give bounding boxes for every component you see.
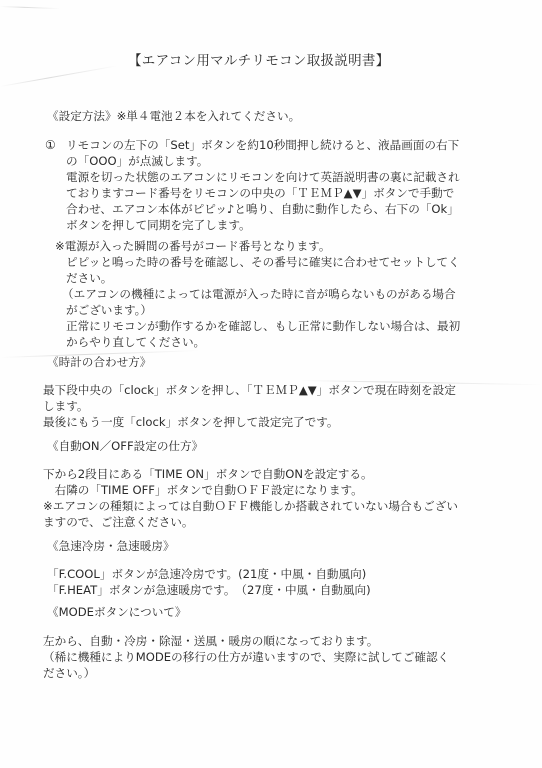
setup-line: リモコンの左下の「Set」ボタンを約10秒間押し続けると、液晶画面の右下 — [66, 137, 459, 153]
setup-note: ピピッと鳴った時の番号を確認し、その番号に確実に合わせてセットしてく — [66, 254, 460, 270]
setup-line: 合わせ、エアコン本体がピピッ♪と鳴り、自動に動作したら、右下の「Ok」 — [66, 201, 459, 217]
step-number: ① — [45, 137, 56, 153]
setup-line: 電源を切った状態のエアコンにリモコンを向けて英語説明書の裏に記載され — [66, 169, 460, 185]
timer-line: 右隣の「TIME OFF」ボタンで自動ＯＦＦ設定になります。 — [43, 482, 363, 498]
scan-streak — [0, 6, 60, 9]
timer-line: 下から2段目にある「TIME ON」ボタンで自動ONを設定する。 — [43, 466, 373, 482]
scan-streak — [0, 65, 118, 87]
mode-line: ださい。） — [43, 665, 95, 681]
setup-note: 正常にリモコンが動作するかを確認し、もし正常に動作しない場合は、最初 — [66, 318, 460, 334]
setup-note: ※電源が入った瞬間の番号がコード番号となります。 — [55, 238, 330, 254]
scanned-page: 【エアコン用マルチリモコン取扱説明書】 《設定方法》※単４電池２本を入れてくださ… — [0, 0, 542, 768]
section-heading-clock: 《時計の合わせ方》 — [47, 354, 151, 370]
timer-line: ますので、ご注意ください。 — [43, 514, 194, 530]
fast-mode-line: 「F.COOL」ボタンが急速冷房です。(21度・中風・自動風向) — [47, 566, 366, 582]
setup-note: （エアコンの機種によっては電源が入った時に音が鳴らないものがある場合 — [62, 286, 456, 302]
setup-note: ださい。 — [66, 270, 112, 286]
mode-line: 左から、自動・冷房・除湿・送風・暖房の順になっております。 — [43, 633, 378, 649]
clock-line: 最後にもう一度「clock」ボタンを押して設定完了です。 — [43, 414, 339, 430]
section-heading-mode: 《MODEボタンについて》 — [47, 604, 187, 620]
setup-line: ボタンを押して同期を完了します。 — [66, 217, 251, 233]
mode-line: （稀に機種によりMODEの移行の仕方が違いますので、実際に試してご確認く — [43, 649, 449, 665]
timer-line: ※エアコンの種類によっては自動ＯＦＦ機能しか搭載されていない場合もござい — [43, 498, 458, 514]
setup-note: からやり直してください。 — [66, 334, 205, 350]
section-heading-fast-mode: 《急速冷房・急速暖房》 — [47, 538, 175, 554]
fast-mode-line: 「F.HEAT」ボタンが急速暖房です。 （27度・中風・自動風向) — [47, 582, 371, 598]
section-heading-setup: 《設定方法》※単４電池２本を入れてください。 — [47, 108, 300, 124]
section-heading-timer: 《自動ON／OFF設定の仕方》 — [47, 438, 203, 454]
setup-line: ておりますコード番号をリモコンの中央の「ＴＥＭＰ▲▼」ボタンで手動で — [66, 185, 454, 201]
document-title: 【エアコン用マルチリモコン取扱説明書】 — [128, 49, 390, 69]
setup-line: の「OOO」が点滅します。 — [66, 153, 208, 169]
clock-line: します。 — [43, 398, 88, 414]
clock-line: 最下段中央の「clock」ボタンを押し、「ＴＥＭＰ▲▼」ボタンで現在時刻を設定 — [43, 382, 456, 398]
setup-note: がございます。） — [66, 302, 152, 318]
